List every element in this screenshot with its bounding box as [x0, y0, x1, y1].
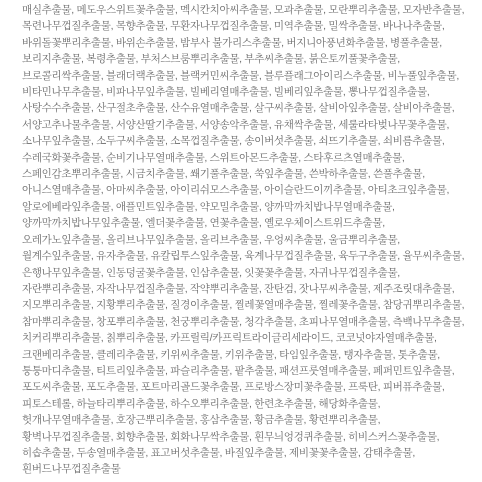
ingredient-line: 비타민나무추출물, 비파나무잎추출물, 빌베리열매추출물, 빌베리잎추출물, 뽕…	[22, 84, 476, 100]
ingredient-line: 지모뿌리추출물, 지황뿌리추출물, 질경이추출물, 찔레꽃열매추출물, 찔레꽃추…	[22, 297, 476, 313]
ingredient-line: 흰버드나무껍질추출물	[22, 461, 476, 477]
ingredient-line: 월계수잎추출물, 유자추출물, 유칼립투스잎추출물, 육계나무껍질추출물, 육두…	[22, 248, 476, 264]
ingredient-line: 알로에베라잎추출물, 애플민트잎추출물, 약모밀추출물, 양까막까치밥나무열매추…	[22, 199, 476, 215]
ingredient-line: 히솝추출물, 두송열매추출물, 표고버섯추출물, 바질잎추출물, 제비꽃꽃추출물…	[22, 445, 476, 461]
ingredient-line: 자란뿌리추출물, 자작나무껍질추출물, 작약뿌리추출물, 잔탄검, 잣나무씨추출…	[22, 281, 476, 297]
ingredient-line: 수레국화꽃추출물, 순비기나무열매추출물, 스위트아몬드추출물, 스타후르츠열매…	[22, 150, 476, 166]
ingredient-line: 사탕수수추출물, 산구절초추출물, 산수유열매추출물, 살구씨추출물, 살비아잎…	[22, 100, 476, 116]
ingredient-line: 퉁퉁마디추출물, 티트리잎추출물, 파슬리추출물, 팥추출물, 패션프룻열매추출…	[22, 363, 476, 379]
ingredient-line: 서양고추나물추출물, 서양산딸기추출물, 서양송악추출물, 유채싹추출물, 세룰…	[22, 117, 476, 133]
ingredient-line: 보리지추출물, 복령추출물, 부처스브룸뿌리추출물, 부추씨추출물, 붉은토끼풀…	[22, 51, 476, 67]
ingredient-line: 포도씨추출물, 포도추출물, 포트마리골드꽃추출물, 프로방스장미꽃추출물, 프…	[22, 379, 476, 395]
ingredient-line: 목련나무껍질추출물, 목향추출물, 무환자나무껍질추출물, 미역추출물, 밀싹추…	[22, 18, 476, 34]
ingredient-line: 황벽나무껍질추출물, 회향추출물, 회화나무싹추출물, 흰무늬엉겅퀴추출물, 히…	[22, 429, 476, 445]
ingredient-line: 크랜베리추출물, 클레리추출물, 키위씨추출물, 키위추출물, 타임잎추출물, …	[22, 347, 476, 363]
ingredient-list: 매실추출물, 메도우스위트꽃추출물, 멕시칸치아씨추출물, 모과추출물, 모란뿌…	[22, 2, 476, 478]
ingredient-line: 헛개나무열매추출물, 호장근뿌리추출물, 홍삼추출물, 황금추출물, 황련뿌리추…	[22, 412, 476, 428]
ingredient-line: 참마뿌리추출물, 창포뿌리추출물, 천궁뿌리추출물, 청각추출물, 초피나무열매…	[22, 314, 476, 330]
ingredient-line: 아니스열매추출물, 아마씨추출물, 아이리쉬모스추출물, 아이슬란드이끼추출물,…	[22, 182, 476, 198]
ingredient-line: 치커리뿌리추출물, 칡뿌리추출물, 카프릴릭/카프릭트라이글리세라이드, 코코넛…	[22, 330, 476, 346]
ingredient-list-page: 매실추출물, 메도우스위트꽃추출물, 멕시칸치아씨추출물, 모과추출물, 모란뿌…	[0, 0, 482, 482]
ingredient-line: 스페인감초뿌리추출물, 시금치추출물, 쐐기풀추출물, 쑥잎추출물, 쓴박하추출…	[22, 166, 476, 182]
ingredient-line: 양까막까치밥나무잎추출물, 엘더꽃추출물, 연꽃추출물, 옐로우체이스트위드추출…	[22, 215, 476, 231]
ingredient-line: 은행나무잎추출물, 인동덩굴꽃추출물, 인삼추출물, 잇꽃꽃추출물, 자귀나무껍…	[22, 265, 476, 281]
ingredient-line: 바위돌꽃뿌리추출물, 바위손추출물, 밤부사 불가리스추출물, 버지니아풍년화추…	[22, 35, 476, 51]
ingredient-line: 매실추출물, 메도우스위트꽃추출물, 멕시칸치아씨추출물, 모과추출물, 모란뿌…	[22, 2, 476, 18]
ingredient-line: 소나무잎추출물, 소두구씨추출물, 소목껍질추출물, 송이버섯추출물, 쇠뜨기추…	[22, 133, 476, 149]
ingredient-line: 오레가노잎추출물, 올리브나무잎추출물, 올리브추출물, 우엉씨추출물, 울금뿌…	[22, 232, 476, 248]
ingredient-line: 브로콜리싹추출물, 블래더랙추출물, 블랙커민씨추출물, 블루플래그아이리스추출…	[22, 68, 476, 84]
ingredient-line: 피토스테롤, 하늘타리뿌리추출물, 하수오뿌리추출물, 한련초추출물, 해당화추…	[22, 396, 476, 412]
